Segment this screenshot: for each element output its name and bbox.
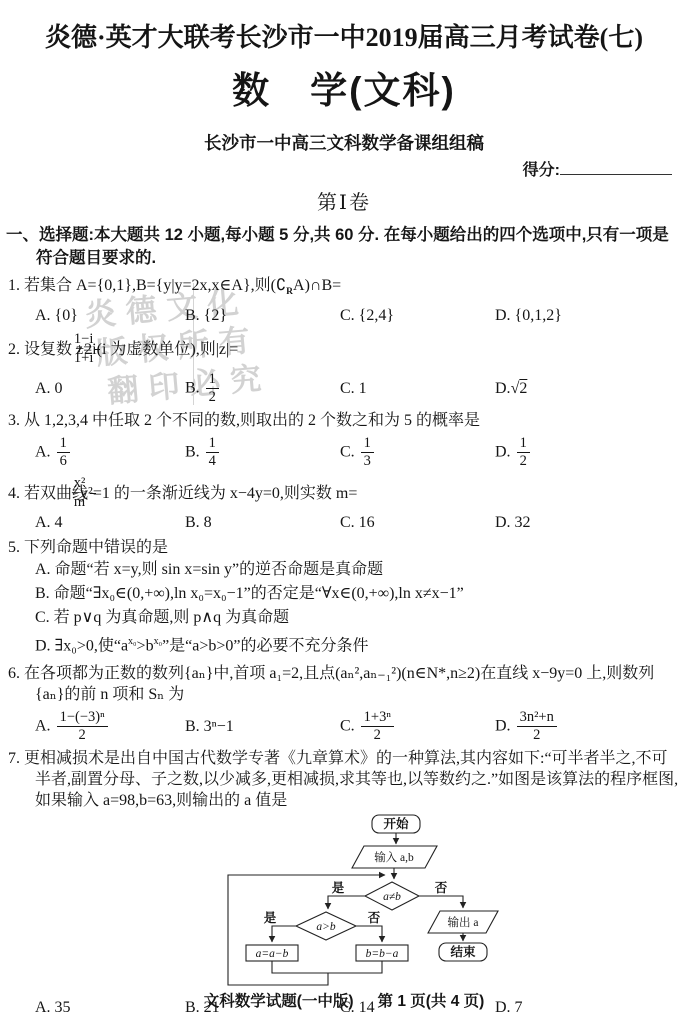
- option-c: C. {2,4}: [340, 305, 495, 326]
- exam-brand: 炎德·英才大联考: [45, 23, 236, 52]
- option-b: B. 12: [185, 372, 340, 406]
- option-a: A. {0}: [35, 305, 185, 326]
- question-5-stem: 5. 下列命题中错误的是: [8, 537, 680, 558]
- fraction: 1+3ⁿ2: [361, 710, 394, 744]
- fraction: 16: [57, 436, 70, 470]
- option-b: B. {2}: [185, 305, 340, 326]
- option-d: D. 32: [495, 512, 680, 533]
- fraction: 3n²+n2: [517, 710, 557, 744]
- exam-page: 炎德文化 版权所有 翻印必究 炎德·英才大联考长沙市一中2019届高三月考试卷(…: [0, 0, 688, 1026]
- footer-page-number: 第 1 页(共 4 页): [378, 993, 485, 1010]
- option-c: C. 若 p∨q 为真命题,则 p∧q 为真命题: [35, 606, 680, 630]
- question-3-options: A. 16 B. 14 C. 13 D. 12: [35, 436, 680, 470]
- option-a: A. 16: [35, 436, 185, 470]
- question-7-stem: 7. 更相减损术是出自中国古代数学专著《九章算术》的一种算法,其内容如下:“可半…: [8, 748, 680, 811]
- exam-name: 长沙市一中2019届高三月考试卷(七): [236, 23, 643, 52]
- assign-right-label: b=b−a: [366, 948, 399, 960]
- condition1-label: a≠b: [383, 891, 401, 903]
- option-c: C. 1: [340, 378, 495, 399]
- input-node-label: 输入 a,b: [374, 850, 414, 864]
- fraction: 14: [206, 436, 219, 470]
- page-footer: 文科数学试题(一中版)第 1 页(共 4 页): [0, 991, 688, 1012]
- question-2: 2. 设复数 z=1−i1+i+2i(i 为虚数单位),则|z|= A. 0 B…: [8, 332, 680, 406]
- option-d: D. ∃x₀>0,使“ax₀>bx₀”是“a>b>0”的必要不充分条件: [35, 630, 680, 658]
- option-b: B. 8: [185, 512, 340, 533]
- output-node-label: 输出 a: [448, 915, 479, 929]
- fraction: 12: [517, 436, 530, 470]
- option-b: B. 命题“∃x₀∈(0,+∞),ln x₀=x₀−1”的否定是“∀x∈(0,+…: [35, 582, 680, 606]
- question-3-stem: 3. 从 1,2,3,4 中任取 2 个不同的数,则取出的 2 个数之和为 5 …: [8, 410, 680, 431]
- condition2-label: a>b: [316, 921, 336, 933]
- page-title: 数 学(文科): [0, 70, 688, 112]
- option-d: D. 3n²+n2: [495, 710, 680, 744]
- section-title: 第Ⅰ卷: [0, 191, 688, 215]
- option-c: C. 1+3ⁿ2: [340, 710, 495, 744]
- complement-symbol: ∁: [276, 275, 286, 294]
- square-root: √2: [511, 380, 528, 397]
- score-label: 得分:: [523, 162, 560, 179]
- no-label: 否: [435, 880, 448, 895]
- fraction: 12: [206, 372, 219, 406]
- question-4-options: A. 4 B. 8 C. 16 D. 32: [35, 512, 680, 533]
- start-node-label: 开始: [383, 816, 409, 831]
- question-1-options: A. {0} B. {2} C. {2,4} D. {0,1,2}: [35, 305, 680, 326]
- subtitle: 长沙市一中高三文科数学备课组组稿: [0, 132, 688, 154]
- question-1-stem: 1. 若集合 A={0,1},B={y|y=2x,x∈A},则(∁RA)∩B=: [8, 274, 680, 303]
- question-2-stem: 2. 设复数 z=1−i1+i+2i(i 为虚数单位),则|z|=: [8, 332, 680, 366]
- option-d: D.√2: [495, 378, 680, 399]
- assign-left-label: a=a−b: [256, 948, 289, 960]
- option-d: D. {0,1,2}: [495, 305, 680, 326]
- algorithm-flowchart: 开始 输入 a,b a≠b a>b a=a−b b=b−a 输出 a 结束: [188, 813, 520, 995]
- question-6-stem: 6. 在各项都为正数的数列{aₙ}中,首项 a₁=2,且点(aₙ²,aₙ₋₁²)…: [8, 663, 680, 705]
- yes-label: 是: [332, 880, 345, 895]
- question-2-options: A. 0 B. 12 C. 1 D.√2: [35, 372, 680, 406]
- question-6-options: A. 1−(−3)ⁿ2 B. 3ⁿ−1 C. 1+3ⁿ2 D. 3n²+n2: [35, 710, 680, 744]
- option-a: A. 命题“若 x=y,则 sin x=sin y”的逆否命题是真命题: [35, 558, 680, 582]
- score-row: 得分:: [0, 160, 688, 181]
- fraction: 1−(−3)ⁿ2: [57, 710, 108, 744]
- question-5: 5. 下列命题中错误的是 A. 命题“若 x=y,则 sin x=sin y”的…: [8, 537, 680, 658]
- option-a: A. 4: [35, 512, 185, 533]
- question-1: 1. 若集合 A={0,1},B={y|y=2x,x∈A},则(∁RA)∩B= …: [8, 274, 680, 326]
- option-d: D. 12: [495, 436, 680, 470]
- question-4-stem: 4. 若双曲线x²m−y²=1 的一条渐近线为 x−4y=0,则实数 m=: [8, 476, 680, 510]
- option-a: A. 1−(−3)ⁿ2: [35, 710, 185, 744]
- flowchart-svg: 开始 输入 a,b a≠b a>b a=a−b b=b−a 输出 a 结束: [188, 813, 520, 995]
- end-node-label: 结束: [450, 944, 476, 959]
- option-b: B. 14: [185, 436, 340, 470]
- question-6: 6. 在各项都为正数的数列{aₙ}中,首项 a₁=2,且点(aₙ²,aₙ₋₁²)…: [8, 663, 680, 744]
- fraction: 13: [361, 436, 374, 470]
- footer-doc-title: 文科数学试题(一中版): [204, 993, 354, 1010]
- option-b: B. 3ⁿ−1: [185, 716, 340, 737]
- yes-label: 是: [264, 910, 277, 925]
- exam-header-line: 炎德·英才大联考长沙市一中2019届高三月考试卷(七): [0, 0, 688, 54]
- option-c: C. 16: [340, 512, 495, 533]
- option-a: A. 0: [35, 378, 185, 399]
- option-c: C. 13: [340, 436, 495, 470]
- question-7: 7. 更相减损术是出自中国古代数学专著《九章算术》的一种算法,其内容如下:“可半…: [8, 748, 680, 1018]
- question-3: 3. 从 1,2,3,4 中任取 2 个不同的数,则取出的 2 个数之和为 5 …: [8, 410, 680, 470]
- section-instruction: 一、选择题:本大题共 12 小题,每小题 5 分,共 60 分. 在每小题给出的…: [6, 224, 682, 270]
- no-label: 否: [368, 910, 381, 925]
- question-4: 4. 若双曲线x²m−y²=1 的一条渐近线为 x−4y=0,则实数 m= A.…: [8, 476, 680, 533]
- score-blank-line: [560, 160, 672, 175]
